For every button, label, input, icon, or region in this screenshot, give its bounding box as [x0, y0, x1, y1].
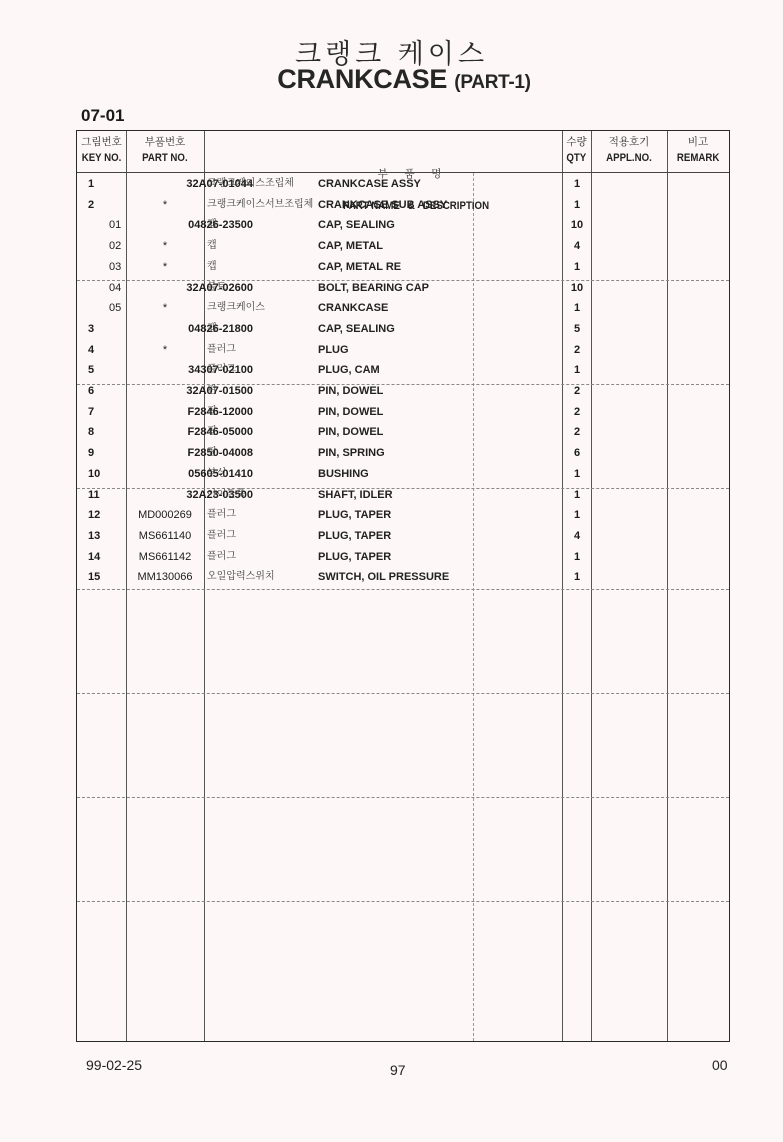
table-row: 304826-21800캡CAP, SEALING5 — [77, 319, 729, 340]
table-row: 0104826-23500캡CAP, SEALING10 — [77, 215, 729, 236]
title-main: CRANKCASE — [277, 64, 447, 94]
part-name-korean: 캡 — [207, 236, 217, 256]
part-no: * — [127, 340, 203, 360]
section-code: 07-01 — [81, 106, 124, 126]
key-no: 01 — [109, 215, 121, 235]
key-no: 03 — [109, 257, 121, 277]
quantity: 1 — [562, 485, 592, 505]
table-row: 12MD000269플러그PLUG, TAPER1 — [77, 505, 729, 526]
table-row: 1132A23-03500아이들축SHAFT, IDLER1 — [77, 485, 729, 506]
key-no: 05 — [109, 298, 121, 318]
part-name-english: CRANKCASE SUB ASSY — [318, 195, 447, 215]
part-name-korean: 핀 — [207, 402, 217, 422]
quantity: 2 — [562, 402, 592, 422]
part-no: F2850-04008 — [127, 443, 253, 463]
part-name-korean: 캡 — [207, 215, 217, 235]
key-no: 13 — [88, 526, 100, 546]
part-name-english: CAP, METAL — [318, 236, 383, 256]
header-appl-no: 적용호기 APPL.NO. — [591, 134, 667, 166]
table-row: 4*플러그PLUG2 — [77, 340, 729, 361]
key-no: 3 — [88, 319, 94, 339]
quantity: 4 — [562, 526, 592, 546]
quantity: 2 — [562, 340, 592, 360]
part-name-english: CAP, METAL RE — [318, 257, 401, 277]
part-name-korean: 오일압력스위치 — [207, 567, 275, 587]
part-name-english: PIN, DOWEL — [318, 402, 383, 422]
quantity: 5 — [562, 319, 592, 339]
key-no: 15 — [88, 567, 100, 587]
page-number: 97 — [390, 1062, 406, 1078]
key-no: 9 — [88, 443, 94, 463]
part-name-korean: 플러그 — [207, 360, 236, 380]
quantity: 6 — [562, 443, 592, 463]
part-name-english: BUSHING — [318, 464, 369, 484]
part-no: MD000269 — [127, 505, 203, 525]
part-name-korean: 캡 — [207, 319, 217, 339]
group-divider — [77, 901, 729, 902]
quantity: 1 — [562, 360, 592, 380]
part-name-english: PIN, SPRING — [318, 443, 385, 463]
part-name-english: PLUG, TAPER — [318, 526, 391, 546]
key-no: 2 — [88, 195, 94, 215]
part-no: * — [127, 298, 203, 318]
part-name-korean: 플러그 — [207, 547, 236, 567]
part-no: MS661140 — [127, 526, 203, 546]
part-name-korean: 플러그 — [207, 526, 236, 546]
quantity: 1 — [562, 567, 592, 587]
table-row: 02*캡CAP, METAL4 — [77, 236, 729, 257]
table-row: 14MS661142플러그PLUG, TAPER1 — [77, 547, 729, 568]
page-title-english: CRANKCASE (PART-1) — [0, 64, 783, 95]
key-no: 4 — [88, 340, 94, 360]
table-row: 7F2846-12000핀PIN, DOWEL2 — [77, 402, 729, 423]
part-name-english: PLUG, CAM — [318, 360, 380, 380]
key-no: 8 — [88, 422, 94, 442]
header-key-no: 그림번호 KEY NO. — [77, 134, 126, 166]
part-no: F2846-12000 — [127, 402, 253, 422]
part-name-english: SHAFT, IDLER — [318, 485, 393, 505]
group-divider — [77, 797, 729, 798]
table-row: 2*크랭크케이스서브조립체CRANKCASE SUB ASSY1 — [77, 195, 729, 216]
part-no: 32A07-01500 — [127, 381, 253, 401]
key-no: 1 — [88, 174, 94, 194]
key-no: 7 — [88, 402, 94, 422]
part-name-english: CAP, SEALING — [318, 319, 395, 339]
quantity: 1 — [562, 298, 592, 318]
parts-table: 그림번호 KEY NO. 부품번호 PART NO. 부 품 명 PART NA… — [76, 130, 730, 1042]
part-name-korean: 볼트 — [207, 278, 226, 298]
title-part: (PART-1) — [454, 72, 530, 93]
part-name-korean: 핀 — [207, 381, 217, 401]
part-name-english: SWITCH, OIL PRESSURE — [318, 567, 449, 587]
part-no: 04826-23500 — [127, 215, 253, 235]
quantity: 10 — [562, 215, 592, 235]
table-row: 8F2846-05000핀PIN, DOWEL2 — [77, 422, 729, 443]
table-row: 13MS661140플러그PLUG, TAPER4 — [77, 526, 729, 547]
part-name-korean: 부싱 — [207, 464, 226, 484]
quantity: 1 — [562, 257, 592, 277]
key-no: 02 — [109, 236, 121, 256]
quantity: 2 — [562, 381, 592, 401]
part-name-english: CRANKCASE ASSY — [318, 174, 421, 194]
header-qty: 수량 QTY — [562, 134, 591, 166]
table-row: 05*크랭크케이스CRANKCASE1 — [77, 298, 729, 319]
part-name-korean: 크랭크케이스서브조립체 — [207, 195, 313, 215]
part-no: 32A07-02600 — [127, 278, 253, 298]
table-row: 9F2850-04008핀PIN, SPRING6 — [77, 443, 729, 464]
part-name-english: PLUG, TAPER — [318, 547, 391, 567]
part-name-korean: 핀 — [207, 443, 217, 463]
part-name-korean: 플러그 — [207, 340, 236, 360]
quantity: 1 — [562, 547, 592, 567]
part-name-english: PIN, DOWEL — [318, 422, 383, 442]
part-name-english: CRANKCASE — [318, 298, 388, 318]
part-name-english: PIN, DOWEL — [318, 381, 383, 401]
quantity: 1 — [562, 464, 592, 484]
group-divider — [77, 589, 729, 590]
header-remark: 비고 REMARK — [667, 134, 729, 166]
table-row: 132A07-01044크랭크케이스조립체CRANKCASE ASSY1 — [77, 174, 729, 195]
footer-date: 99-02-25 — [86, 1057, 142, 1073]
quantity: 1 — [562, 195, 592, 215]
part-name-korean: 플러그 — [207, 505, 236, 525]
part-no: MS661142 — [127, 547, 203, 567]
key-no: 14 — [88, 547, 100, 567]
key-no: 6 — [88, 381, 94, 401]
key-no: 12 — [88, 505, 100, 525]
part-name-english: PLUG — [318, 340, 349, 360]
header-part-no: 부품번호 PART NO. — [126, 134, 204, 166]
part-no: * — [127, 195, 203, 215]
table-row: 1005605-01410부싱BUSHING1 — [77, 464, 729, 485]
quantity: 1 — [562, 505, 592, 525]
part-no: MM130066 — [127, 567, 203, 587]
part-no: 05605-01410 — [127, 464, 253, 484]
part-name-korean: 핀 — [207, 422, 217, 442]
key-no: 04 — [109, 278, 121, 298]
quantity: 4 — [562, 236, 592, 256]
header-divider — [77, 172, 729, 173]
part-no: 04826-21800 — [127, 319, 253, 339]
part-name-korean: 크랭크케이스조립체 — [207, 174, 294, 194]
part-name-english: BOLT, BEARING CAP — [318, 278, 429, 298]
table-row: 632A07-01500핀PIN, DOWEL2 — [77, 381, 729, 402]
part-name-korean: 캡 — [207, 257, 217, 277]
revision-code: 00 — [712, 1057, 728, 1073]
table-row: 0432A07-02600볼트BOLT, BEARING CAP10 — [77, 278, 729, 299]
group-divider — [77, 693, 729, 694]
table-row: 534307-02100플러그PLUG, CAM1 — [77, 360, 729, 381]
part-name-korean: 아이들축 — [207, 485, 246, 505]
key-no: 5 — [88, 360, 94, 380]
key-no: 11 — [88, 485, 100, 505]
part-name-english: CAP, SEALING — [318, 215, 395, 235]
table-row: 03*캡CAP, METAL RE1 — [77, 257, 729, 278]
key-no: 10 — [88, 464, 100, 484]
part-no: F2846-05000 — [127, 422, 253, 442]
quantity: 1 — [562, 174, 592, 194]
part-no: * — [127, 236, 203, 256]
table-row: 15MM130066오일압력스위치SWITCH, OIL PRESSURE1 — [77, 567, 729, 588]
part-name-korean: 크랭크케이스 — [207, 298, 265, 318]
quantity: 10 — [562, 278, 592, 298]
part-name-english: PLUG, TAPER — [318, 505, 391, 525]
part-no: * — [127, 257, 203, 277]
quantity: 2 — [562, 422, 592, 442]
